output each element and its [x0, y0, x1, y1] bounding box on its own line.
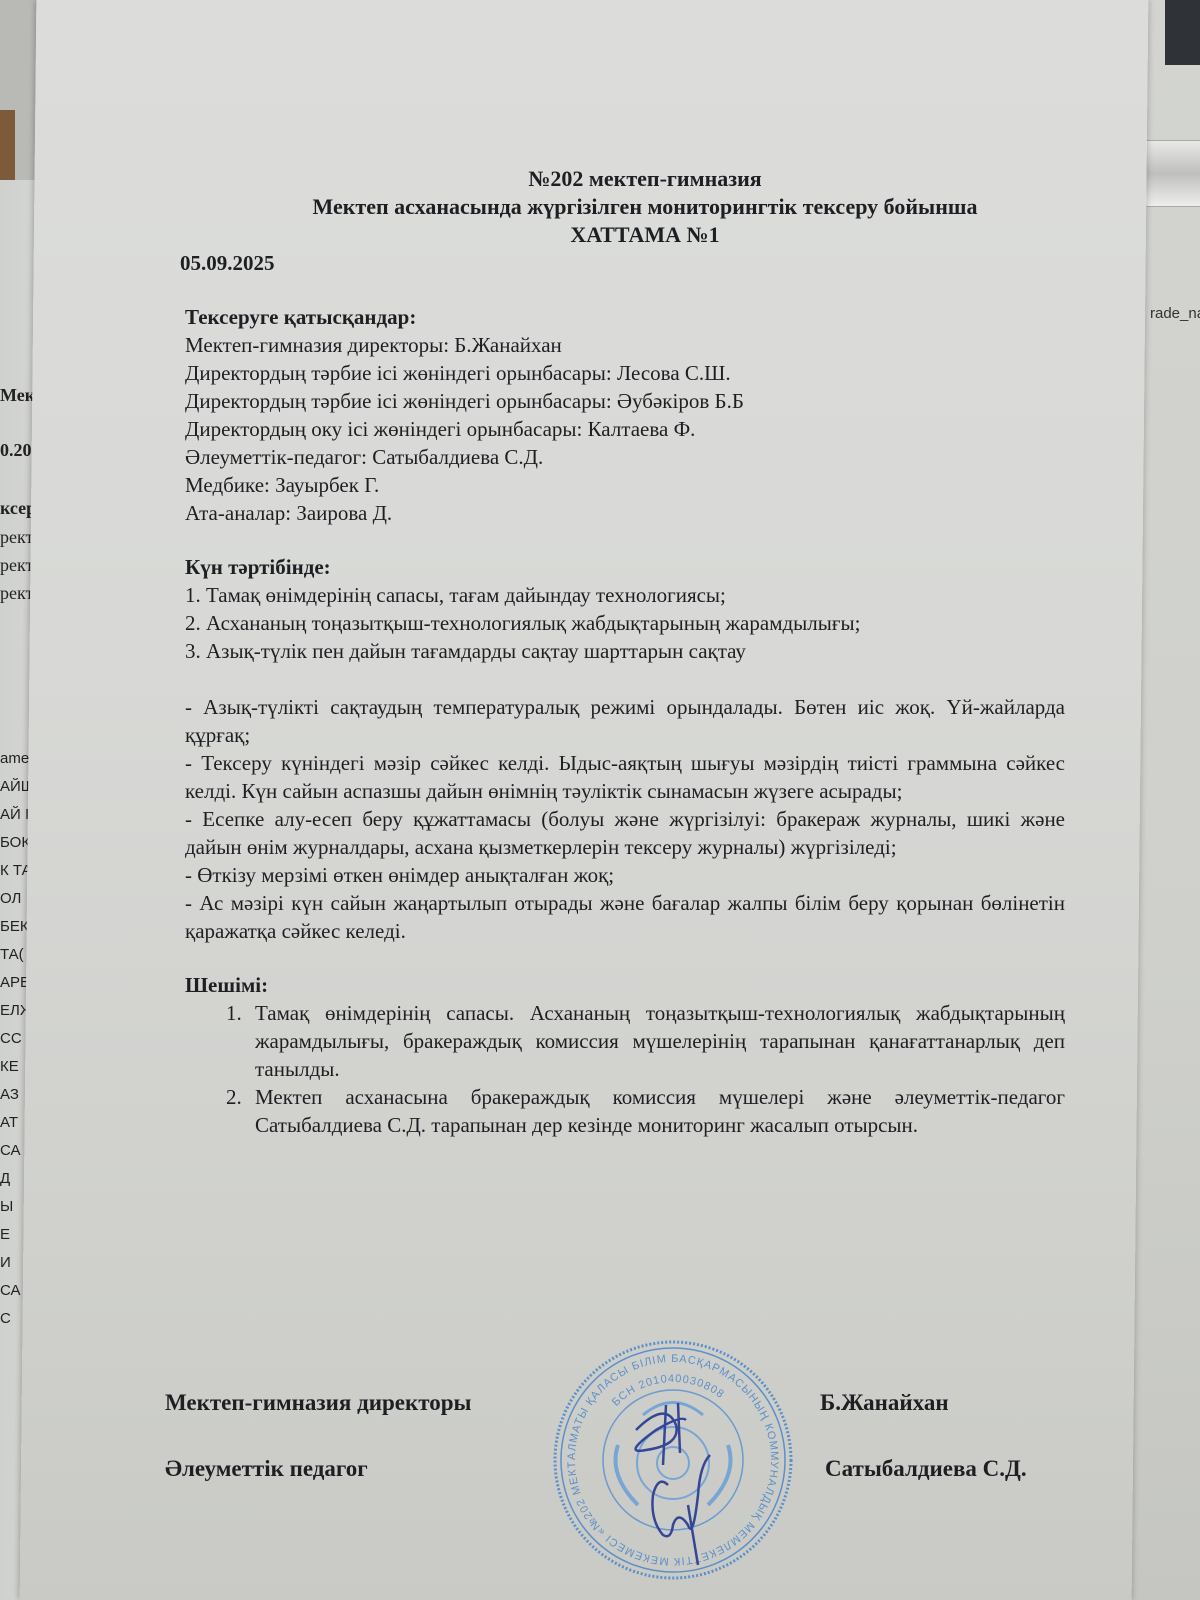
finding-item: - Тексеру күніндегі мәзір сәйкес келді. …	[185, 749, 1065, 805]
agenda-heading: Күн тәртібінде:	[185, 553, 1065, 581]
agenda-list: 1. Тамақ өнімдерінің сапасы, тағам дайын…	[185, 581, 1065, 665]
participants-list: Мектеп-гимназия директоры: Б.Жанайхан Ди…	[185, 331, 1065, 527]
signature-name: Б.Жанайхан	[820, 1390, 949, 1416]
participant-item: Ата-аналар: Заирова Д.	[185, 499, 1065, 527]
participant-item: Директордың оку ісі жөніндегі орынбасары…	[185, 415, 1065, 443]
participant-item: Әлеуметтік-педагог: Сатыбалдиева С.Д.	[185, 443, 1065, 471]
protocol-document: №202 мектеп-гимназия Мектеп асханасында …	[185, 165, 1065, 1139]
signature-row-director: Мектеп-гимназия директоры Б.Жанайхан	[165, 1390, 1085, 1456]
signature-role: Мектеп-гимназия директоры	[165, 1390, 471, 1416]
dark-object	[1165, 0, 1200, 65]
participant-item: Медбике: Зауырбек Г.	[185, 471, 1065, 499]
document-title: №202 мектеп-гимназия Мектеп асханасында …	[225, 165, 1065, 249]
signature-row-social-pedagogue: Әлеуметтік педагог Сатыбалдиева С.Д.	[165, 1456, 1085, 1522]
school-name: №202 мектеп-гимназия	[225, 165, 1065, 193]
finding-item: - Азық-түлікті сақтаудың температуралық …	[185, 693, 1065, 749]
agenda-item: 1. Тамақ өнімдерінің сапасы, тағам дайын…	[185, 581, 1065, 609]
agenda-item: 2. Асхананың тоңазытқыш-технологиялық жа…	[185, 609, 1065, 637]
finding-item: - Өткізу мерзімі өткен өнімдер анықталға…	[185, 861, 1065, 889]
signature-block: Мектеп-гимназия директоры Б.Жанайхан Әле…	[165, 1390, 1085, 1522]
participant-item: Директордың тәрбие ісі жөніндегі орынбас…	[185, 359, 1065, 387]
decision-item: Мектеп асханасына бракераждық комиссия м…	[247, 1083, 1065, 1139]
participant-item: Директордың тәрбие ісі жөніндегі орынбас…	[185, 387, 1065, 415]
signature-role: Әлеуметтік педагог	[165, 1456, 368, 1482]
finding-item: - Есепке алу-есеп беру құжаттамасы (болу…	[185, 805, 1065, 861]
protocol-number: ХАТТАМА №1	[225, 221, 1065, 249]
agenda-item: 3. Азық-түлік пен дайын тағамдарды сақта…	[185, 637, 1065, 665]
binder-clip	[1140, 140, 1200, 207]
findings-section: - Азық-түлікті сақтаудың температуралық …	[185, 693, 1065, 945]
participant-item: Мектеп-гимназия директоры: Б.Жанайхан	[185, 331, 1065, 359]
signature-name: Сатыбалдиева С.Д.	[825, 1456, 1027, 1482]
document-date: 05.09.2025	[180, 249, 1065, 277]
participants-heading: Тексеруге қатысқандар:	[185, 303, 1065, 331]
decision-heading: Шешімі:	[185, 971, 1065, 999]
title-subject: Мектеп асханасында жүргізілген мониторин…	[225, 193, 1065, 221]
background-text-fragment: rade_nam	[1150, 305, 1200, 322]
finding-item: - Ас мәзірі күн сайын жаңартылып отырады…	[185, 889, 1065, 945]
decision-list: Тамақ өнімдерінің сапасы. Асхананың тоңа…	[185, 999, 1065, 1139]
decision-item: Тамақ өнімдерінің сапасы. Асхананың тоңа…	[247, 999, 1065, 1083]
